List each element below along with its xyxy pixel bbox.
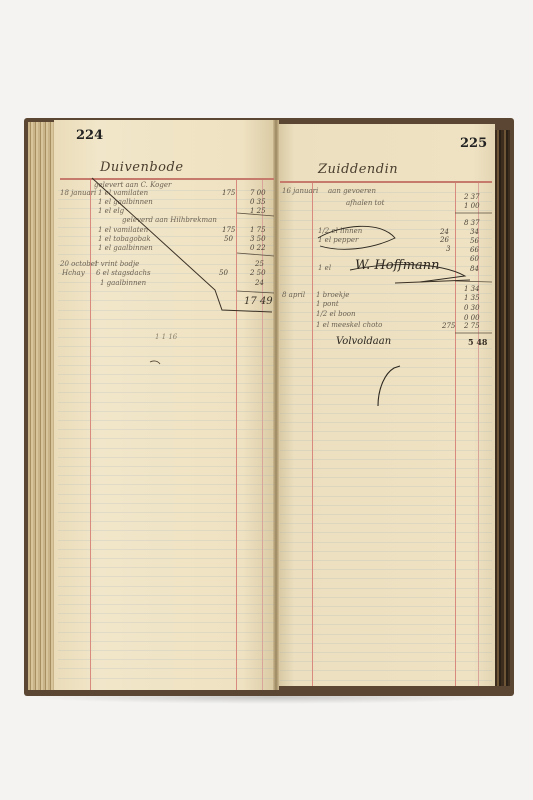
ink-strokes — [0, 0, 533, 800]
